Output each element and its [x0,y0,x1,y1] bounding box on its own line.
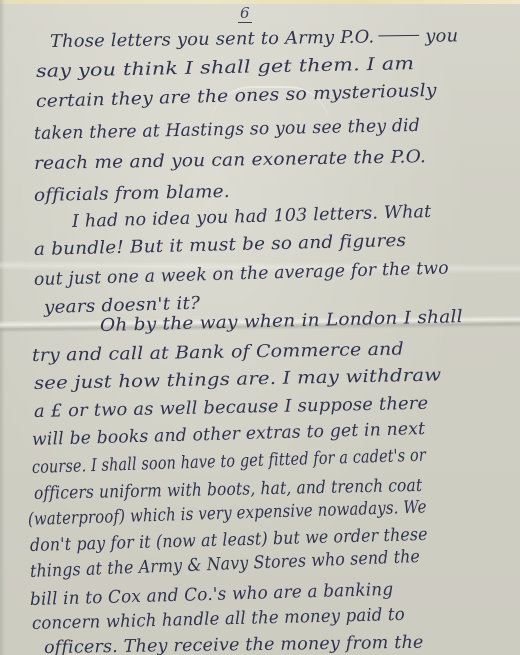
handwritten-line: certain they are the ones so mysteriousl… [36,81,437,112]
letter-page: 6 Those letters you sent to Army P.O.you… [0,0,520,655]
dash-mark [378,34,419,36]
handwritten-line: concern which handle all the money paid … [32,605,405,634]
handwritten-line: I had no idea you had 103 letters. What [72,202,432,232]
handwritten-line: say you think I shall get them. I am [36,54,415,82]
page-number: 6 [238,4,252,23]
line-text-tail: you [425,26,458,46]
handwritten-line: reach me and you can exonerate the P.O. [34,147,426,174]
handwritten-line: course. I shall soon have to get fitted … [32,446,426,478]
paper-top-edge [0,0,520,4]
handwritten-line: a £ or two as well because I suppose the… [34,394,429,422]
line-text: Those letters you sent to Army P.O. [50,27,375,52]
handwritten-line: see just how things are. I may withdraw [34,365,442,394]
handwritten-line: officers. They receive the money from th… [44,633,424,655]
handwritten-line: bill in to Cox and Co.'s who are a banki… [30,580,394,610]
handwritten-line: taken there at Hastings so you see they … [34,116,420,144]
paper-left-edge [0,0,5,655]
handwritten-line: try and call at Bank of Commerce and [32,340,404,366]
handwritten-line: Those letters you sent to Army P.O.you [50,26,459,52]
handwritten-line: will be books and other extras to get in… [32,419,426,450]
handwritten-line: a bundle! But it must be so and figures [34,231,407,260]
handwritten-line: officials from blame. [34,182,230,206]
handwritten-line: out just one a week on the average for t… [34,258,449,290]
